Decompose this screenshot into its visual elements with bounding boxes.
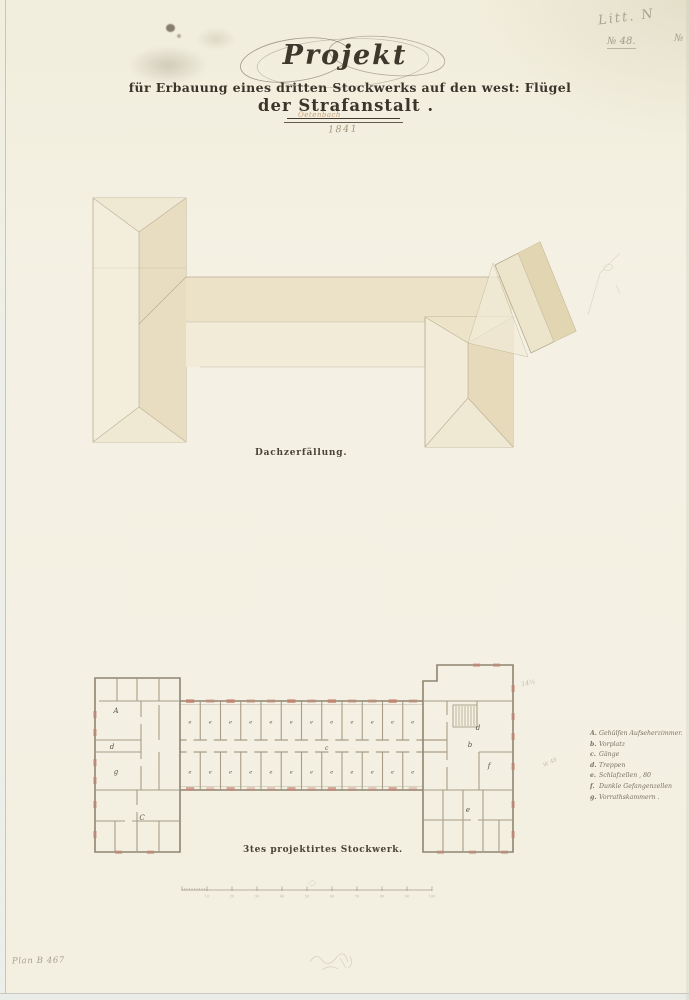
corner-shading: [469, 0, 689, 140]
svg-text:e: e: [229, 720, 232, 726]
roof-plan-caption: Dachzerfällung.: [255, 448, 347, 458]
svg-text:e: e: [330, 770, 333, 776]
archival-number-edge: №: [674, 33, 683, 44]
svg-text:e: e: [391, 720, 394, 726]
svg-text:e: e: [310, 770, 313, 776]
legend: A.Gehülfen Aufseherzimmer.b.Vorplatzc.Gä…: [590, 729, 688, 803]
legend-item: e.Schlafzellen , 80: [590, 771, 688, 782]
window-marks: [437, 663, 515, 854]
pencil-year-annotation: 1841: [328, 123, 359, 135]
svg-text:100: 100: [429, 895, 436, 899]
floor-plan-drawing: eeeeeeeeeeeeeeeeeeeeeeee c: [85, 655, 525, 905]
svg-text:e: e: [209, 770, 212, 776]
svg-text:b: b: [468, 741, 473, 749]
svg-text:90: 90: [405, 895, 409, 899]
legend-item: b.Vorplatz: [590, 740, 688, 751]
svg-text:e: e: [290, 720, 293, 726]
svg-text:e: e: [249, 770, 252, 776]
legend-item: g.Vorrathskammern .: [590, 793, 688, 804]
legend-item: d.Treppen: [590, 761, 688, 772]
pencil-scribble: W 48: [542, 757, 558, 769]
scanned-plan-sheet: Projekt für Erbauung eines dritten Stock…: [0, 0, 689, 1000]
svg-text:C: C: [139, 814, 145, 822]
svg-text:20: 20: [230, 895, 234, 899]
svg-text:e: e: [209, 720, 212, 726]
svg-text:e: e: [351, 720, 354, 726]
svg-text:e: e: [189, 720, 192, 726]
svg-text:10: 10: [205, 895, 209, 899]
svg-text:d: d: [110, 743, 115, 751]
archival-plan-number: Plan B 467: [12, 956, 65, 967]
scale-bar: 102030405060708090100: [170, 876, 445, 906]
svg-text:A: A: [112, 707, 118, 715]
door-gaps: [446, 715, 478, 821]
svg-text:60: 60: [330, 895, 334, 899]
floor-plan-caption: 3tes projektirtes Stockwerk.: [243, 845, 403, 855]
svg-text:e: e: [270, 720, 273, 726]
legend-item: c.Gänge: [590, 750, 688, 761]
title-subtitle-line1: für Erbauung eines dritten Stockwerks au…: [0, 80, 689, 95]
svg-text:e: e: [290, 770, 293, 776]
svg-text:e: e: [330, 720, 333, 726]
svg-text:e: e: [310, 720, 313, 726]
smudge-stain: [128, 46, 208, 84]
page-title: Projekt: [245, 40, 445, 71]
svg-text:e: e: [351, 770, 354, 776]
ink-blot-stain: [177, 34, 181, 38]
title-underline: [284, 122, 403, 123]
pencil-construction-lines: [588, 245, 620, 325]
svg-text:e: e: [270, 770, 273, 776]
svg-text:40: 40: [280, 895, 284, 899]
svg-text:e: e: [466, 806, 470, 814]
roof-plan-drawing: [60, 185, 620, 470]
svg-text:e: e: [371, 770, 374, 776]
legend-item: f.Dunkle Gefangenzellen: [590, 782, 688, 793]
legend-item: A.Gehülfen Aufseherzimmer.: [590, 729, 688, 740]
svg-text:e: e: [189, 770, 192, 776]
svg-text:e: e: [229, 770, 232, 776]
staircase-hatching: [456, 706, 474, 726]
pencil-place-annotation: Oetenbach: [298, 111, 341, 119]
svg-text:e: e: [411, 720, 414, 726]
svg-text:f: f: [487, 762, 492, 770]
door-gaps: [125, 717, 142, 822]
archival-number: № 48.: [607, 36, 636, 49]
room-labels: AdgCdbfe: [110, 707, 492, 822]
ink-blot-stain: [166, 24, 175, 32]
svg-text:d: d: [476, 724, 481, 732]
left-wing-walls: [95, 678, 180, 852]
svg-text:70: 70: [355, 895, 359, 899]
pencil-scribble: [300, 948, 380, 978]
svg-text:80: 80: [380, 895, 384, 899]
title-subtitle-line2: der Strafanstalt .: [0, 96, 689, 115]
svg-text:g: g: [114, 768, 119, 776]
svg-text:e: e: [371, 720, 374, 726]
svg-text:30: 30: [255, 895, 259, 899]
cell-rows: eeeeeeeeeeeeeeeeeeeeeeee: [186, 699, 417, 790]
window-marks: [93, 711, 154, 854]
scan-edge-left: [0, 0, 6, 1000]
svg-text:50: 50: [305, 895, 309, 899]
svg-text:e: e: [391, 770, 394, 776]
scan-edge-bottom: [0, 993, 689, 1000]
svg-text:e: e: [249, 720, 252, 726]
svg-text:e: e: [411, 770, 414, 776]
